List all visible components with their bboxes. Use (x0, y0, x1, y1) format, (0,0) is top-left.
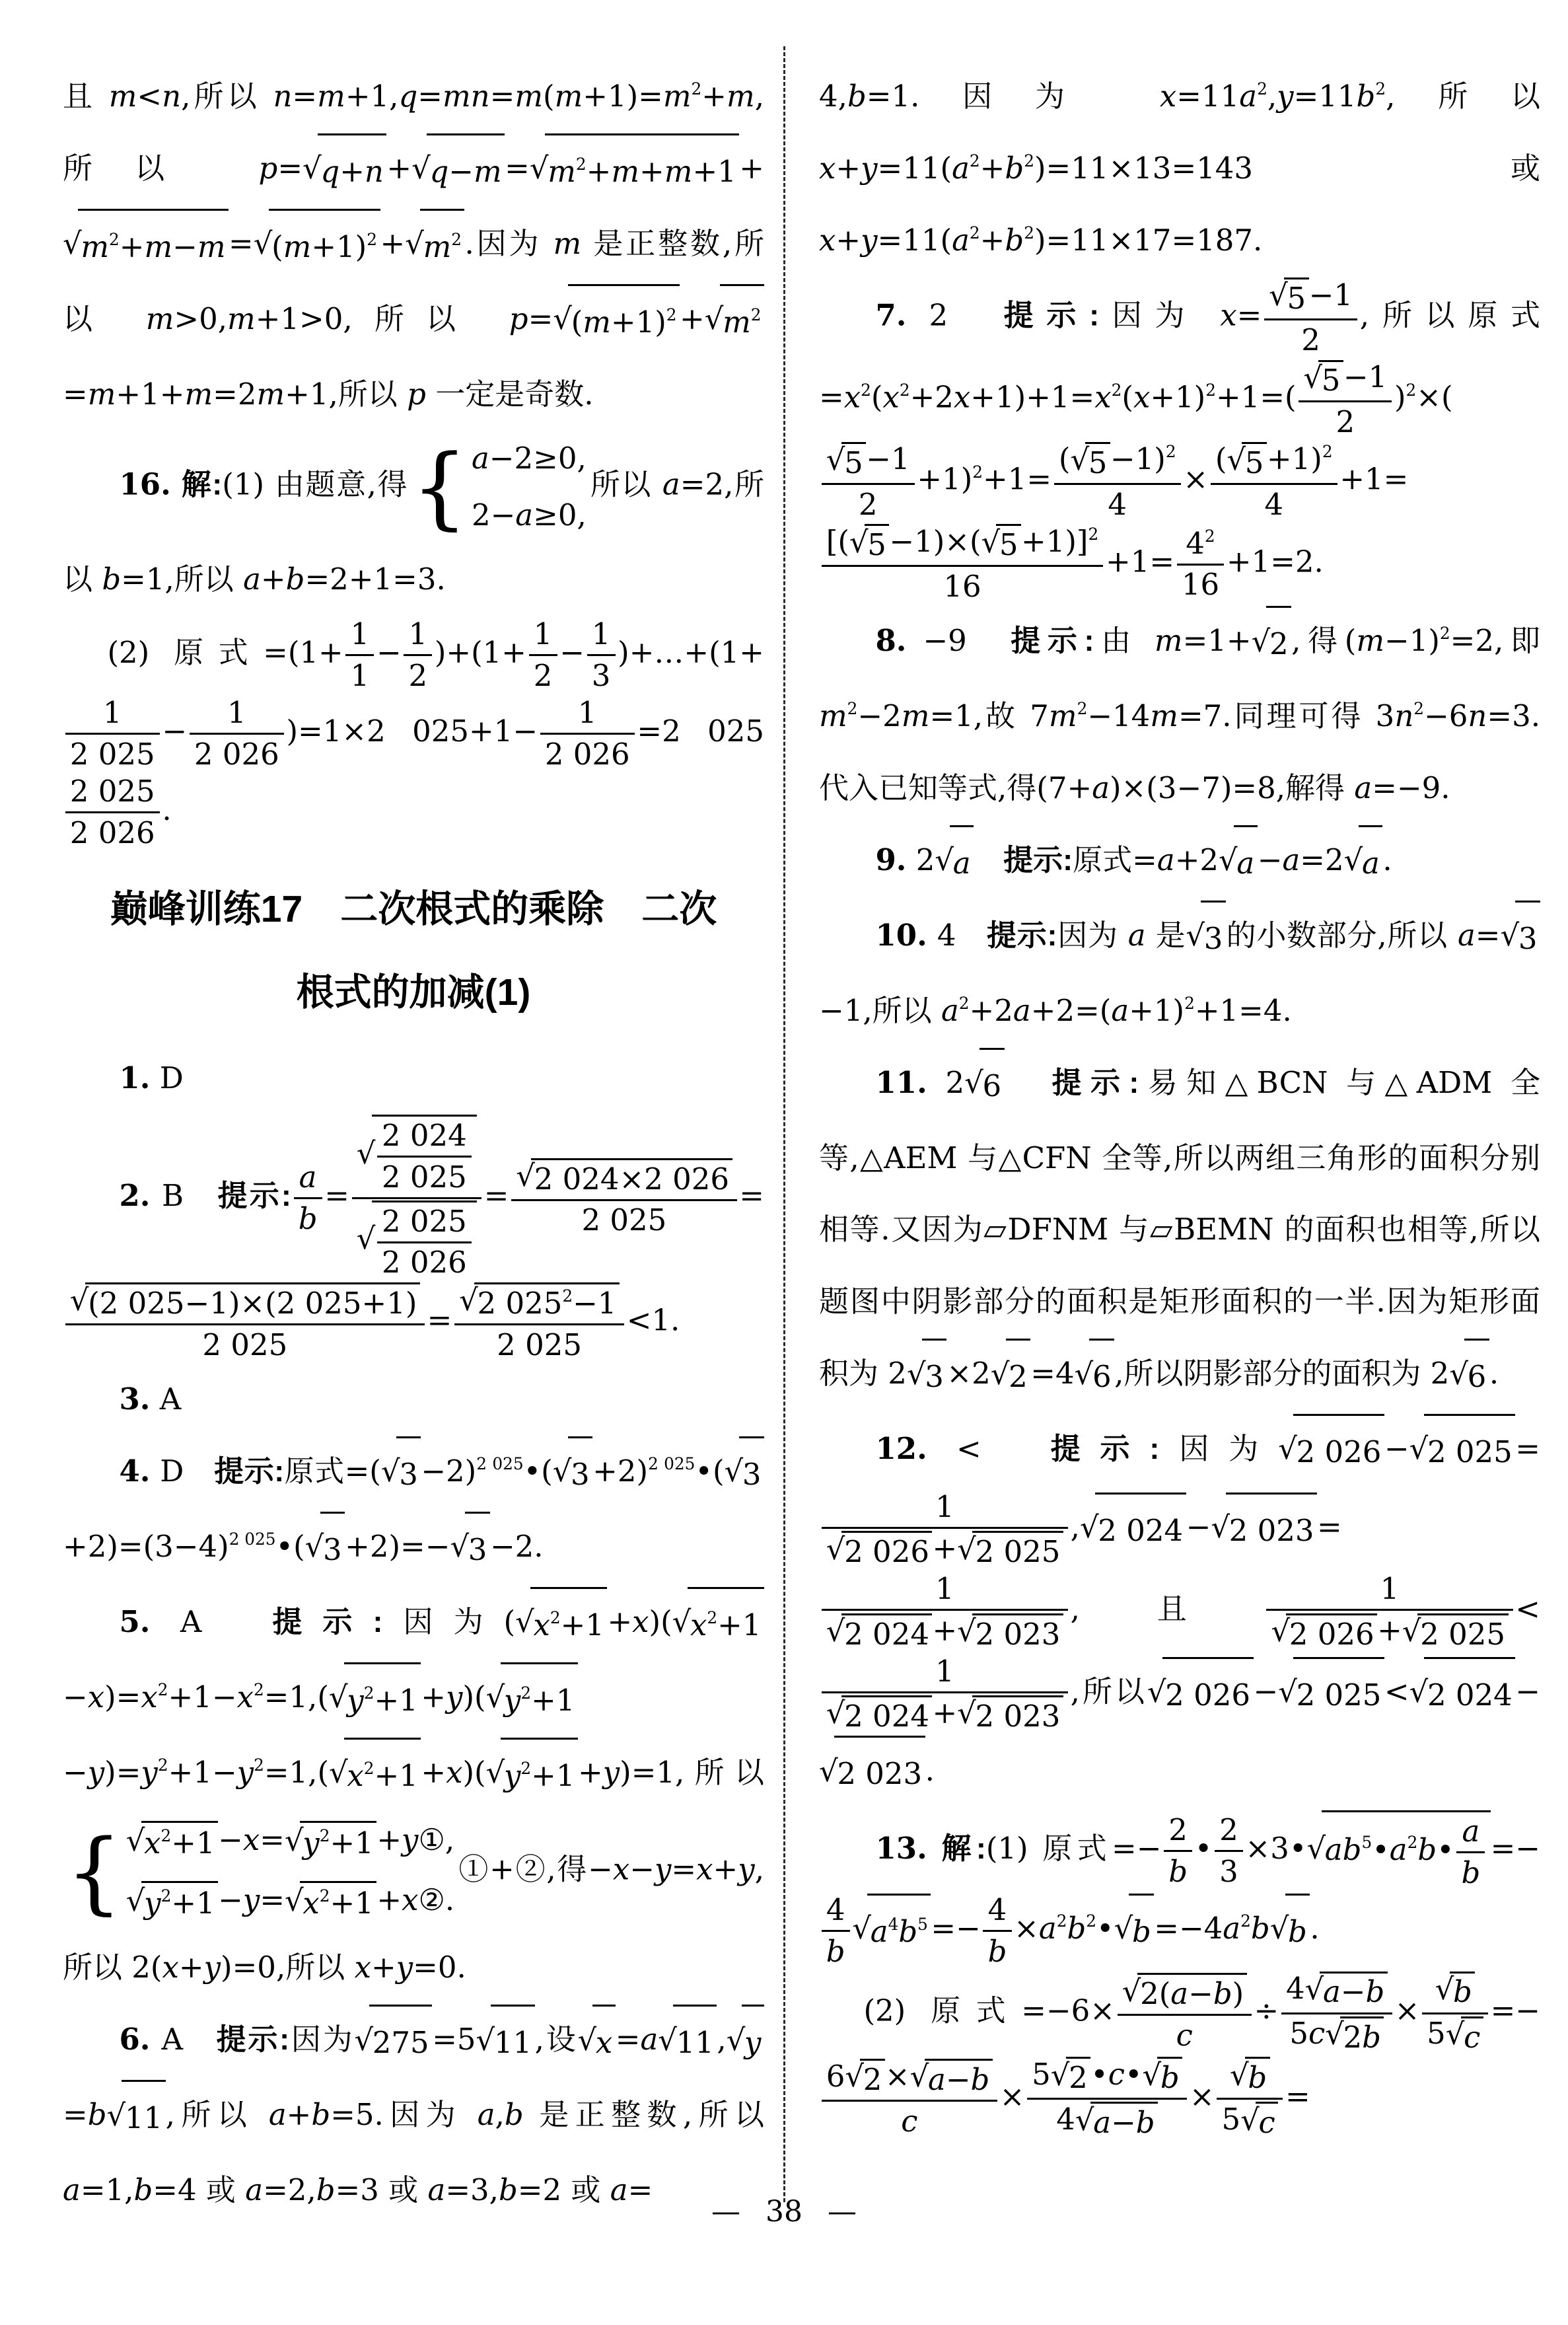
right-column: 4,b=1.因为 x=11a2,y=11b2,所以 x+y=11(a2+b2)=… (819, 61, 1540, 2142)
answer-6-continued: 4,b=1.因为 x=11a2,y=11b2,所以 x+y=11(a2+b2)=… (819, 61, 1540, 277)
document-page: 且 m<n,所以 n=m+1,q=mn=m(m+1)=m2+m,所以 p=√q+… (0, 0, 1568, 2325)
footer-dash-left: — (711, 2195, 740, 2229)
answer-11: 11. 2√6 提示:易知△BCN 与△ADM 全等,△AEM 与△CFN 全等… (819, 1047, 1540, 1413)
footer-dash-right: — (828, 2195, 857, 2229)
left-column: 且 m<n,所以 n=m+1,q=mn=m(m+1)=m2+m,所以 p=√q+… (63, 61, 764, 2227)
answer-12: 12. < 提示:因为√2 026−√2 025=1√2 026+√2 025,… (819, 1413, 1540, 1810)
answer-2: 2. B 提示:ab=√2 0242 025√2 0252 026=√2 024… (63, 1115, 764, 1364)
answer-10: 10. 4 提示:因为 a 是√3的小数部分,所以 a=√3−1,所以 a2+2… (819, 900, 1540, 1047)
answer-1: 1. D (63, 1043, 764, 1115)
page-number: 38 (766, 2195, 802, 2229)
answer-8: 8. −9 提示:由 m=1+√2,得(m−1)2=2,即 m2−2m=1,故 … (819, 605, 1540, 825)
answer-13-part2: (2) 原式=−6×√2(a−b)c÷4√a−b5c√2b×√b5√c=−6√2… (819, 1970, 1540, 2141)
answer-16-part2: (2) 原式=(1+11−12)+(1+12−13)+…+(1+12 025−1… (63, 616, 764, 852)
answer-9: 9. 2√a 提示:原式=a+2√a−a=2√a. (819, 825, 1540, 900)
section-heading-line2: 根式的加减(1) (63, 970, 764, 1015)
answer-3: 3. A (63, 1364, 764, 1436)
answer-7: 7. 2 提示:因为 x=√5−12,所以原式=x2(x2+2x+1)+1=x2… (819, 277, 1540, 606)
answer-16-part1: 16. 解:(1) 由题意,得{a−2≥0,2−a≥0,所以 a=2,所以 b=… (63, 430, 764, 616)
answer-5: 5. A 提示:因为(√x2+1+x)(√x2+1−x)=x2+1−x2=1,(… (63, 1586, 764, 2005)
section-heading-line1: 巅峰训练17 二次根式的乘除 二次 (63, 887, 764, 932)
column-divider (783, 46, 785, 2202)
answer-6: 6. A 提示:因为√275=5√11,设√x=a√11,√y=b√11,所以 … (63, 2004, 764, 2227)
solution-15-continued: 且 m<n,所以 n=m+1,q=mn=m(m+1)=m2+m,所以 p=√q+… (63, 61, 764, 430)
answer-4: 4. D 提示:原式=(√3−2)2 025•(√3+2)2 025•(√3+2… (63, 1436, 764, 1586)
answer-13-part1: 13. 解:(1) 原式=−2b•23×3•√ab5•a2b•ab=−4b√a4… (819, 1810, 1540, 1970)
page-footer: — 38 — (0, 2195, 1568, 2229)
